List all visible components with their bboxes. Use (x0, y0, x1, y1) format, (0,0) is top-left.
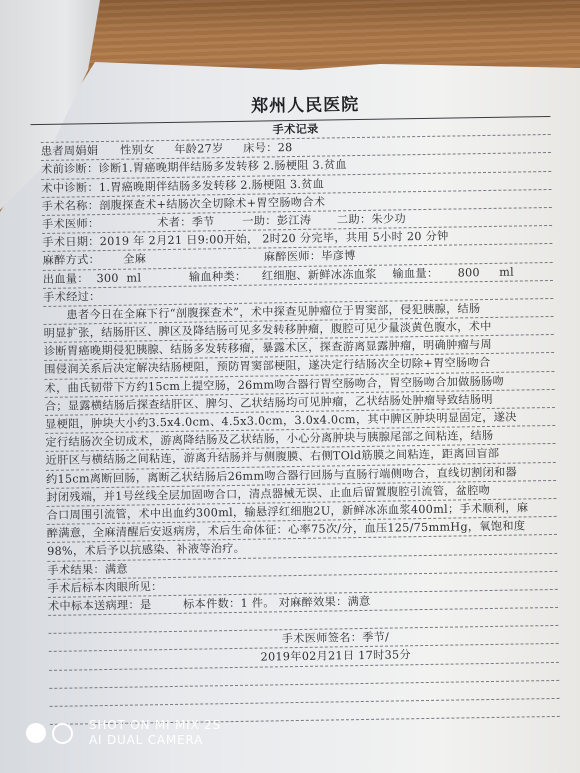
watermark-line-1: SHOT ON MI MIX 2S (89, 718, 221, 733)
bed-number: 床号：28 (243, 139, 293, 157)
specimen-count: 标本件数：1 件。 (183, 594, 275, 612)
specimen-sent: 术中标本送病理：是 (48, 596, 152, 615)
patient-age: 年龄27岁 (174, 140, 224, 158)
anesthesiologist: 麻醉医师：毕彦博 (264, 247, 356, 265)
signature-datetime: 2019年02月21日 17时35分 (260, 647, 411, 666)
surgery-record-document: 郑州人民医院 手术记录 患者周娟娟 性别女 年龄27岁 床号：28 术前诊断：诊… (40, 88, 560, 725)
operator: 术者：季节 (157, 213, 215, 231)
blood-loss: 出血量： 300 ml (43, 269, 142, 288)
ring-circle-icon (52, 723, 73, 744)
transfusion-type: 输血种类： 红细胞、新鲜冰冻血浆 (189, 265, 377, 285)
watermark-text: SHOT ON MI MIX 2S AI DUAL CAMERA (89, 718, 221, 748)
filled-circle-icon (26, 723, 46, 743)
surgeons-label: 手术医师： (42, 215, 100, 233)
signature-label: 手术医师签名：季节/ (282, 629, 390, 648)
watermark-line-2: AI DUAL CAMERA (89, 733, 221, 748)
first-assistant: 一助：彭江涛 (242, 212, 311, 230)
patient-sex: 性别女 (120, 141, 155, 159)
transfusion-amount: 输血量： 800 ml (392, 263, 514, 282)
camera-watermark: SHOT ON MI MIX 2S AI DUAL CAMERA (26, 718, 221, 748)
second-assistant: 二助：朱少功 (337, 210, 406, 228)
patient-name: 患者周娟娟 (41, 142, 99, 160)
anesthesia-effect: 对麻醉效果：满意 (279, 593, 371, 611)
anesthesia-method: 麻醉方式： 全麻 (42, 251, 146, 270)
